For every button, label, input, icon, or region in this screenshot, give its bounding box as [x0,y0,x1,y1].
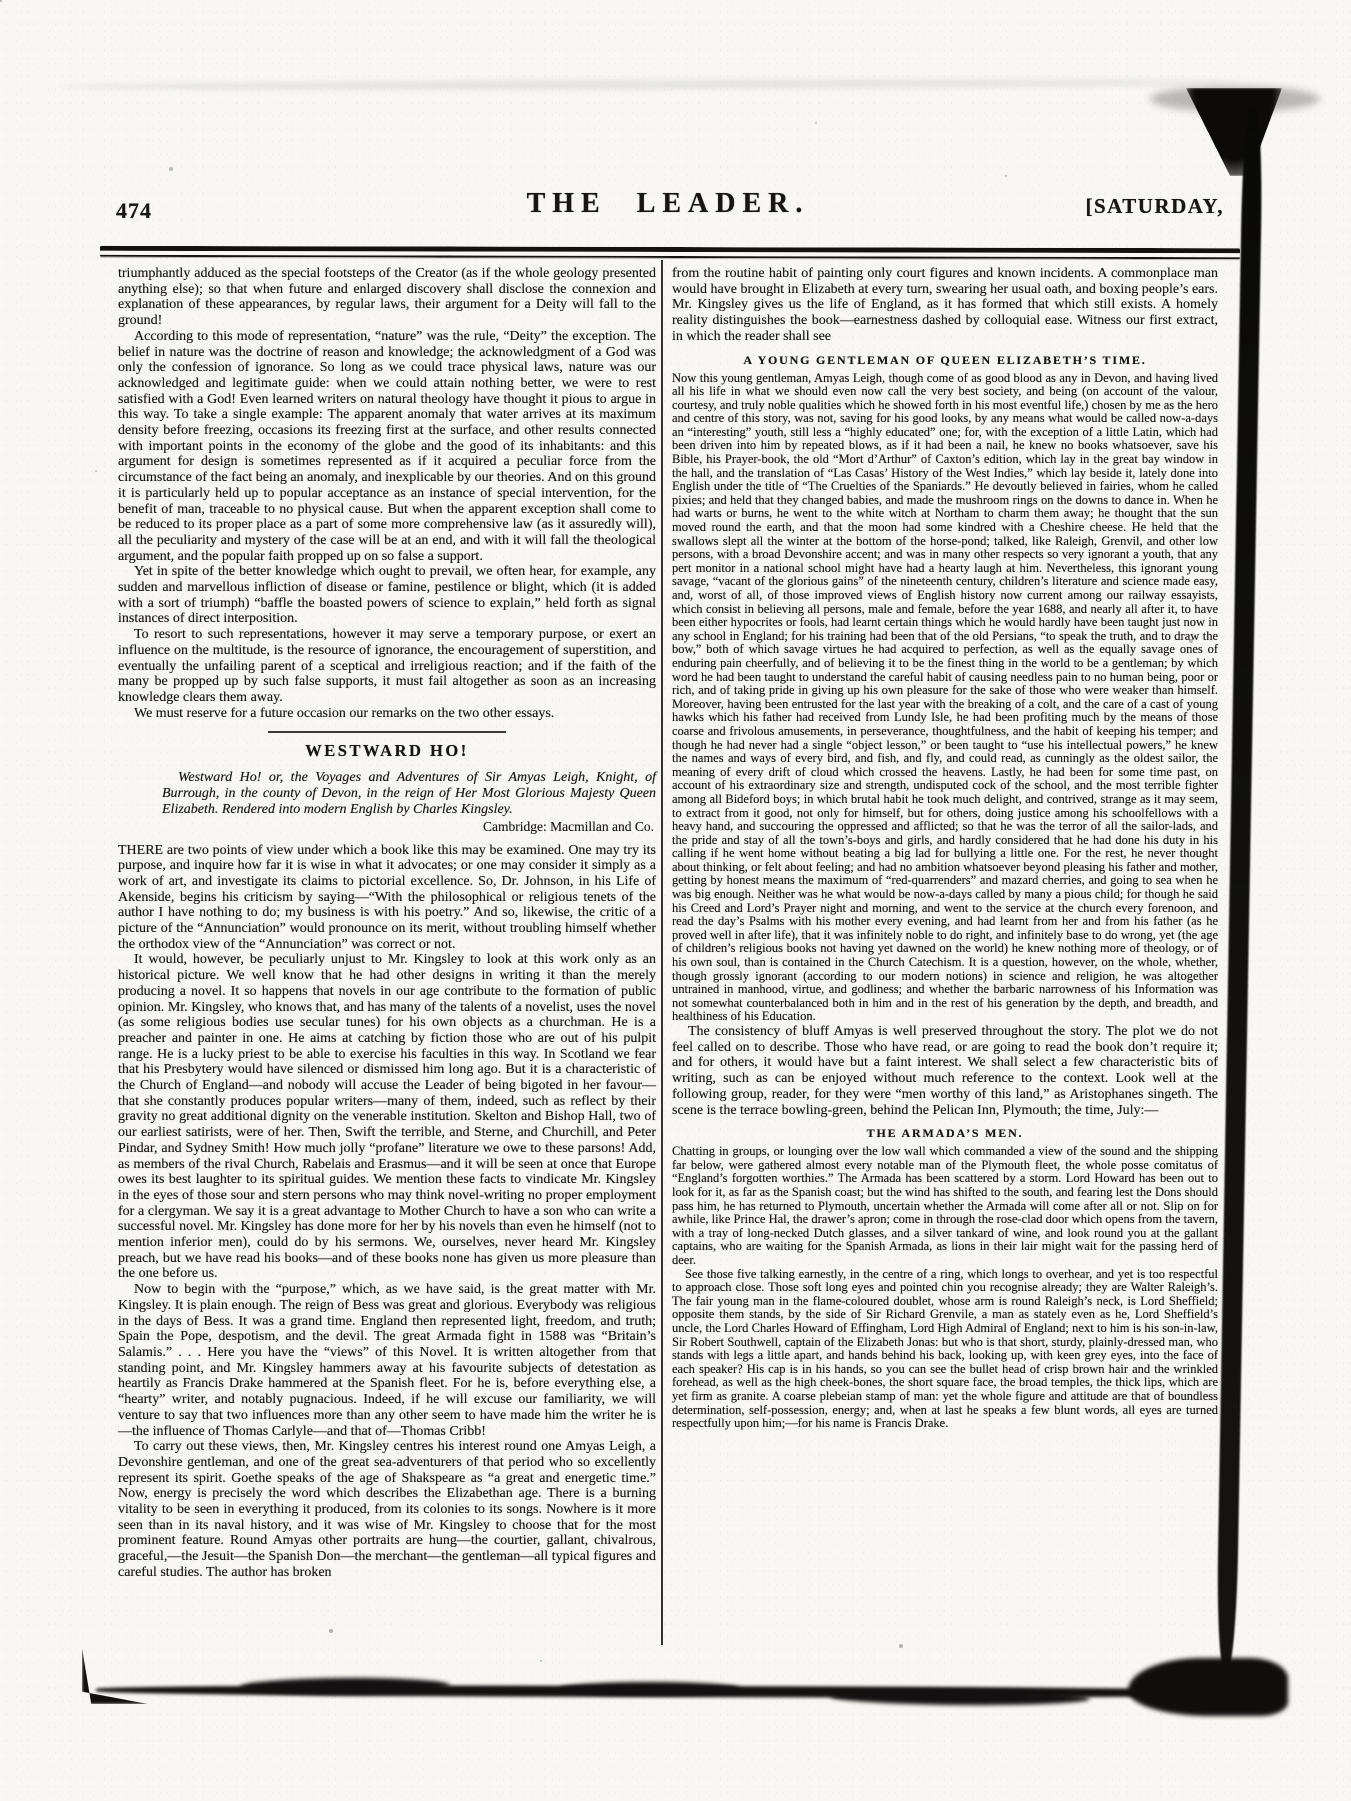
book-extract-2: THE ARMADA’S MEN. Chatting in groups, or… [672,1126,1218,1430]
article-westward-ho-review: WESTWARD HO! Westward Ho! or, the Voyage… [118,741,656,1580]
scan-streak-right-artifact [1216,108,1263,1668]
masthead-title: THE LEADER. [112,188,1224,220]
paragraph: It would, however, be peculiarly unjust … [118,952,656,1282]
book-citation: Westward Ho! or, the Voyages and Adventu… [118,770,656,817]
ink-smudge-left-corner-artifact [82,1648,148,1704]
extract-heading: A YOUNG GENTLEMAN OF QUEEN ELIZABETH’S T… [672,353,1218,368]
left-column: triumphantly adduced as the special foot… [118,266,656,1581]
paragraph: We must reserve for a future occasion ou… [118,706,656,722]
date-label: [SATURDAY, [1085,194,1224,219]
article-title: WESTWARD HO! [118,741,656,761]
paragraph: THERE are two points of view under which… [118,843,656,953]
extract-paragraph: Chatting in groups, or lounging over the… [672,1145,1218,1267]
extract-paragraph: Now this young gentleman, Amyas Leigh, t… [672,372,1218,1025]
right-column: from the routine habit of painting only … [672,266,1218,1431]
paragraph: To carry out these views, then, Mr. King… [118,1439,656,1580]
header-double-rule [100,246,1240,259]
extract-heading: THE ARMADA’S MEN. [672,1126,1218,1141]
paragraph: According to this mode of representation… [118,329,656,565]
paragraph: Now to begin with the “purpose,” which, … [118,1282,656,1439]
ink-smudge-right-blob-artifact [1128,1658,1288,1716]
paragraph: The consistency of bluff Amyas is well p… [672,1024,1218,1118]
paragraph: from the routine habit of painting only … [672,266,1218,345]
paragraph: To resort to such representations, howev… [118,627,656,706]
ink-smudge-lump-artifact [560,1682,740,1695]
book-extract-1: A YOUNG GENTLEMAN OF QUEEN ELIZABETH’S T… [672,353,1218,1025]
section-divider-rule [268,731,506,733]
scan-streak-funnel-artifact [1186,88,1282,176]
article-end-of-essay: triumphantly adduced as the special foot… [118,266,656,721]
paragraph: triumphantly adduced as the special foot… [118,266,656,329]
newspaper-page: 474 THE LEADER. [SATURDAY, triumphantly … [0,0,1351,1801]
paragraph: Yet in spite of the better knowledge whi… [118,564,656,627]
scan-smear-top-artifact [60,78,1240,91]
column-divider-rule [661,260,663,1645]
publisher-imprint: Cambridge: Macmillan and Co. [118,819,654,835]
page-header: 474 THE LEADER. [SATURDAY, [112,186,1224,238]
extract-paragraph: See those five talking earnestly, in the… [672,1268,1218,1431]
